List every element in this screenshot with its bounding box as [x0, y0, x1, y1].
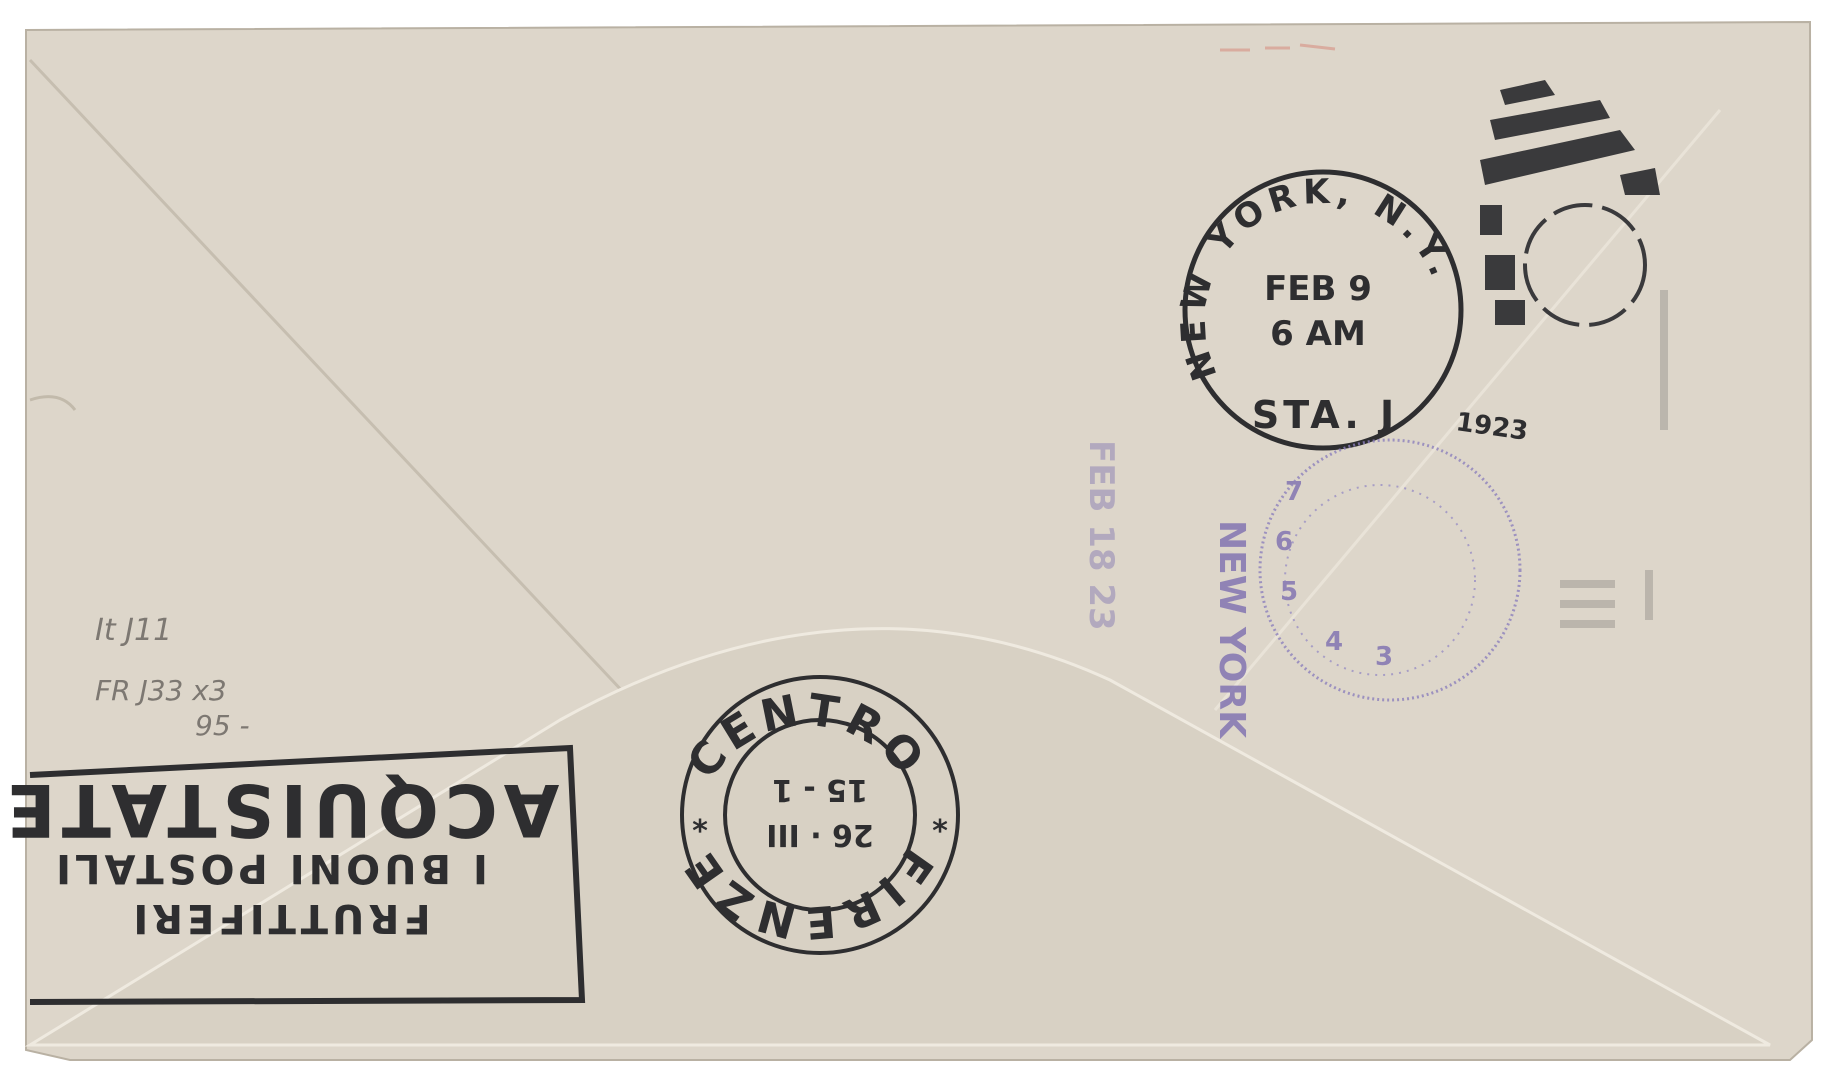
purple-date: FEB 18 23 [1081, 440, 1121, 631]
pencil-line3: 95 - [195, 709, 250, 742]
firenze-line2: 15 - 1 [772, 772, 868, 807]
slogan-line3: FRUTTIFERI [129, 895, 430, 941]
purple-clock-3: 3 [1375, 642, 1393, 672]
purple-clock-4: 4 [1325, 627, 1343, 657]
purple-clock-7: 7 [1285, 477, 1303, 507]
firenze-line1: 26 · III [766, 817, 874, 852]
pencil-line2: FR J33 x3 [95, 674, 227, 707]
envelope-scene: NEW YORK, N.Y. FEB 9 6 AM STA. J 1923 NE… [0, 0, 1839, 1085]
purple-clock-5: 5 [1280, 577, 1298, 607]
firenze-star-left: * [932, 802, 948, 837]
purple-vertical-text: NEW YORK [1211, 520, 1252, 739]
ny-date: FEB 9 [1264, 269, 1372, 309]
ny-station: STA. J [1252, 393, 1398, 437]
purple-clock-6: 6 [1275, 527, 1293, 557]
firenze-star-right: * [692, 802, 708, 837]
pencil-line1: It J11 [95, 613, 172, 648]
slogan-line1: ACQUISTATE [1, 768, 560, 852]
ny-time: 6 AM [1270, 314, 1366, 354]
